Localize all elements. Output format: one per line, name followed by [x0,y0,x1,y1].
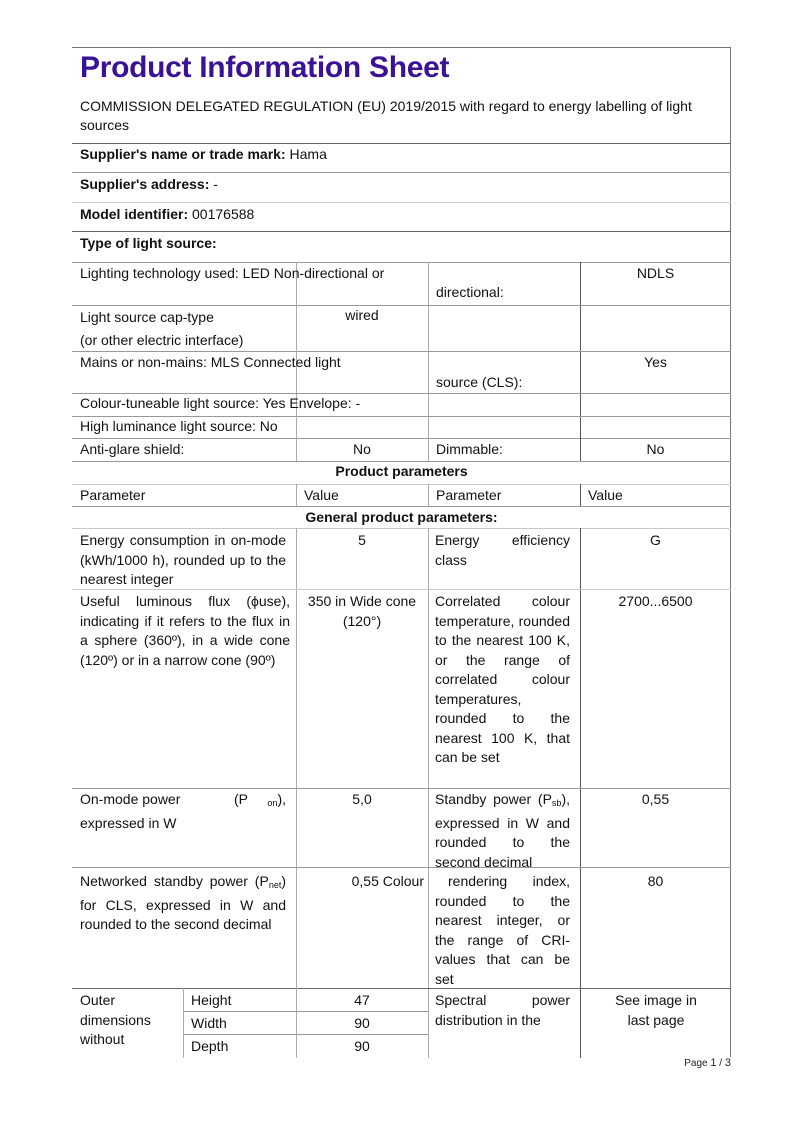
on-mode-power-unit: expressed in W [80,814,290,834]
networked-standby-label: Networked standby power (Pnet) for CLS, … [80,872,286,935]
cap-type-label: Light source cap-type (or other electric… [80,306,243,352]
model-identifier-value: 00176588 [188,206,254,222]
col-divider [428,528,429,1058]
col-divider [183,988,184,1058]
networked-standby-text: Networked standby power (P [80,873,269,889]
model-identifier-row: Model identifier: 00176588 [80,205,254,224]
supplier-name-label: Supplier's name or trade mark: [80,146,286,162]
divider [72,867,731,868]
divider [72,202,731,203]
energy-consumption-value: 5 [296,531,428,551]
col-divider [428,484,429,506]
dimension-depth-value: 90 [296,1037,428,1057]
energy-efficiency-class-value: G [580,531,731,551]
col-header-value-2: Value [588,486,623,506]
divider [72,351,731,352]
on-mode-power-subscript: on [267,798,277,808]
colour-rendering-value: 80 [580,872,731,892]
divider [72,262,731,263]
col-header-value: Value [304,486,339,506]
on-mode-power-text: On-mode power [80,790,180,814]
high-luminance-label: High luminance light source: No [80,417,278,437]
divider [72,484,731,485]
page-label: Page [684,1058,710,1069]
standby-power-label: Standby power (Psb), expressed in W and … [435,790,570,872]
colour-rendering-label: rendering index, rounded to the nearest … [435,872,570,989]
divider [72,788,731,789]
divider [183,1034,428,1035]
col-divider [580,484,581,506]
networked-standby-subscript: net [269,880,282,890]
col-divider [296,484,297,506]
on-mode-power-label: On-mode power (P on), expressed in W [80,790,290,833]
general-parameters-heading: General product parameters: [72,508,731,528]
standby-power-value: 0,55 [580,790,731,810]
dimension-height-label: Height [191,991,231,1011]
divider [72,143,731,144]
directional-label: directional: [436,283,504,303]
col-header-parameter: Parameter [80,486,145,506]
cap-type-label-line2: (or other electric interface) [80,329,243,352]
dimension-width-label: Width [191,1014,227,1034]
supplier-name-value: Hama [286,146,327,162]
on-mode-power-value: 5,0 [296,790,428,810]
cap-type-label-line1: Light source cap-type [80,306,243,329]
networked-standby-value: 0,55 Colour [296,872,424,892]
dimension-height-value: 47 [296,991,428,1011]
mains-label: Mains or non-mains: MLS Connected light [80,353,341,373]
anti-glare-label: Anti-glare shield: [80,440,184,460]
page-number: Page 1 / 3 [684,1057,731,1069]
page-separator: / [717,1058,725,1069]
lighting-technology-label: Lighting technology used: LED Non-direct… [80,264,384,284]
divider [72,172,731,173]
spectral-power-value: See image in last page [612,991,700,1030]
colour-temperature-label: Correlated colour temperature, rounded t… [435,592,570,768]
divider [183,1011,428,1012]
col-header-parameter-2: Parameter [436,486,501,506]
divider [72,528,731,529]
divider [72,506,731,507]
regulation-subtitle: COMMISSION DELEGATED REGULATION (EU) 201… [80,97,720,135]
energy-efficiency-class-label: Energy efficiency class [435,531,570,570]
product-parameters-heading: Product parameters [72,462,731,482]
anti-glare-value: No [296,440,428,460]
cls-value: Yes [580,353,731,373]
model-identifier-label: Model identifier: [80,206,188,222]
on-mode-power-close: ), [277,791,286,807]
luminous-flux-label: Useful luminous flux (ϕuse), indicating … [80,592,290,670]
col-divider [428,262,429,452]
supplier-address-value: - [209,176,218,192]
dimension-depth-label: Depth [191,1037,228,1057]
divider [72,589,731,590]
directional-value: NDLS [580,264,731,284]
page-total: 3 [725,1057,731,1069]
dimmable-label: Dimmable: [436,440,503,460]
on-mode-power-symbol: (P [234,791,248,807]
cls-label: source (CLS): [436,373,522,393]
dimension-width-value: 90 [296,1014,428,1034]
page-title: Product Information Sheet [80,51,449,85]
divider [72,438,731,439]
light-source-type-label: Type of light source: [80,234,217,253]
cap-type-value: wired [296,306,428,326]
standby-power-subscript: sb [552,798,562,808]
supplier-name-row: Supplier's name or trade mark: Hama [80,145,327,164]
dimmable-value: No [580,440,731,460]
energy-consumption-label: Energy consumption in on-mode (kWh/1000 … [80,531,286,590]
col-divider [428,438,429,461]
luminous-flux-value: 350 in Wide cone (120°) [304,592,420,631]
colour-temperature-value: 2700...6500 [580,592,731,612]
supplier-address-label: Supplier's address: [80,176,209,192]
colour-tuneable-label: Colour-tuneable light source: Yes Envelo… [80,394,360,414]
spectral-power-label: Spectral power distribution in the [435,991,570,1030]
divider [72,988,731,989]
divider [72,231,731,232]
col-divider [296,528,297,988]
standby-power-text: Standby power (P [435,791,552,807]
outer-dimensions-label: Outer dimensions without [80,991,175,1050]
supplier-address-row: Supplier's address: - [80,175,218,194]
